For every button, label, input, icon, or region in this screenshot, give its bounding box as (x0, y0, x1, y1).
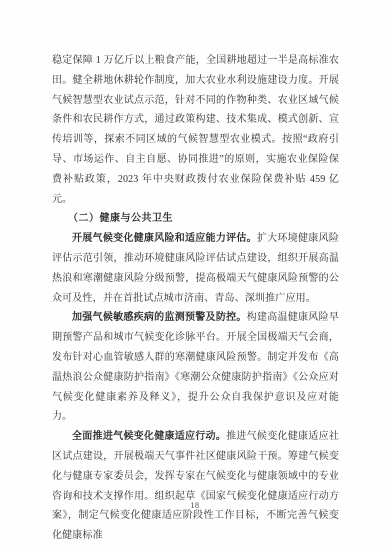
paragraph-text: 推进气候变化健康适应社区试点建设，开展极端天气事件社区健康风险干预。筹建气候变化… (52, 431, 339, 541)
section-heading: （二）健康与公共卫生 (52, 209, 339, 229)
page-content: 稳定保障 1 万亿斤以上粮食产能，全国耕地超过一半是高标准农田。健全耕地休耕轮作… (52, 51, 339, 546)
paragraph-continuation: 稳定保障 1 万亿斤以上粮食产能，全国耕地超过一半是高标准农田。健全耕地休耕轮作… (52, 51, 339, 209)
paragraph: 开展气候变化健康风险和适应能力评估。扩大环境健康风险评估示范引领，推动环境健康风… (52, 229, 339, 308)
document-page: 稳定保障 1 万亿斤以上粮食产能，全国耕地超过一半是高标准农田。健全耕地休耕轮作… (0, 0, 390, 551)
paragraph-lead: 全面推进气候变化健康适应行动。 (72, 431, 226, 442)
paragraph: 全面推进气候变化健康适应行动。推进气候变化健康适应社区试点建设，开展极端天气事件… (52, 427, 339, 546)
paragraph: 加强气候敏感疾病的监测预警及防控。构建高温健康风险早期预警产品和城市气候变化诊脉… (52, 308, 339, 427)
page-number: 18 (0, 501, 390, 510)
paragraph-text: 构建高温健康风险早期预警产品和城市气候变化诊脉平台。开展全国极端天气会商，发布针… (52, 312, 339, 422)
paragraph-lead: 加强气候敏感疾病的监测预警及防控。 (72, 312, 247, 323)
paragraph-lead: 开展气候变化健康风险和适应能力评估。 (72, 233, 257, 244)
